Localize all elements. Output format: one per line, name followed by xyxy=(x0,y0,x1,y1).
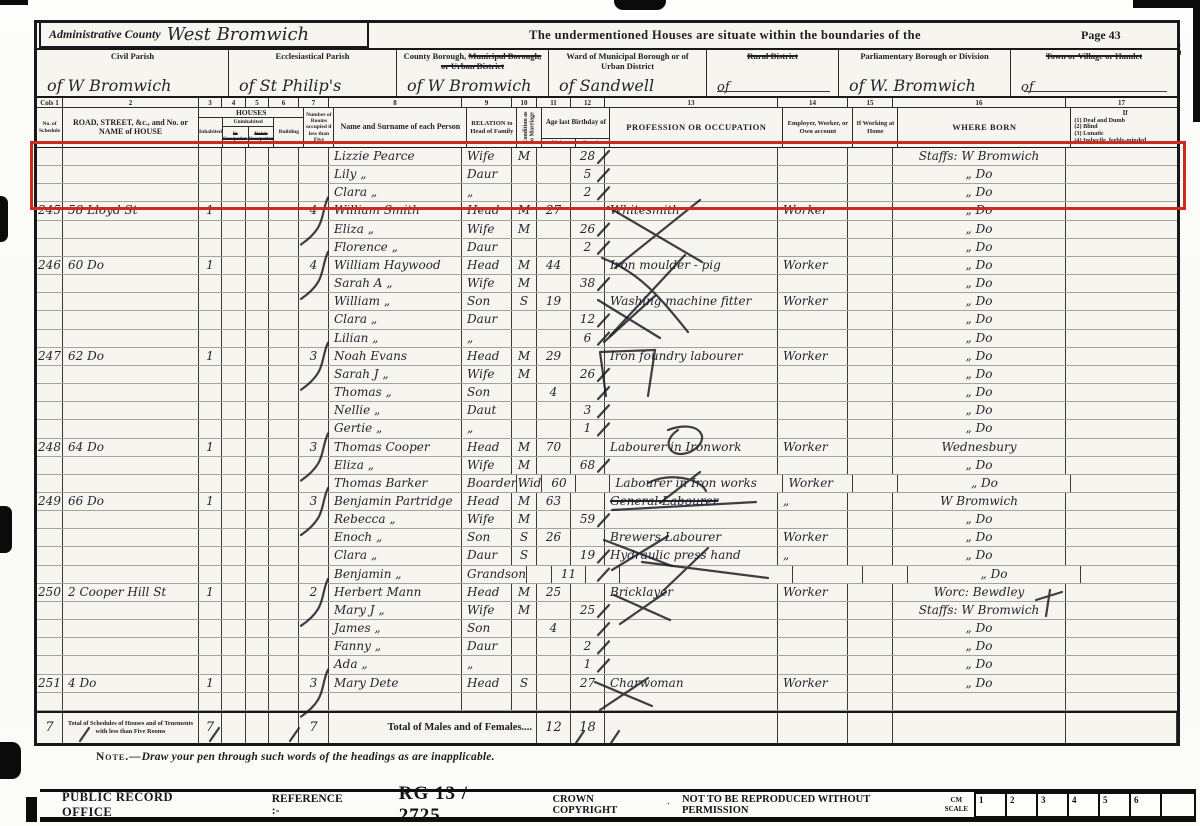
cell-sched xyxy=(37,239,63,256)
table-row: Enoch „SonS26Brewers LabourerWorker„ Do xyxy=(37,529,1177,547)
cell-ageF: 2 xyxy=(571,638,605,655)
cell-cond: M xyxy=(512,493,537,510)
cell-inf xyxy=(1066,384,1177,401)
cell-u2 xyxy=(246,675,269,692)
cell-occ xyxy=(605,638,778,655)
cell-road: 4 Do xyxy=(63,675,199,692)
cell-inh xyxy=(199,402,222,419)
empty-cell xyxy=(1066,713,1177,743)
cell-occ xyxy=(605,656,778,673)
cell-inf xyxy=(1066,457,1177,474)
cell-emp: Worker xyxy=(778,439,848,456)
cell-work xyxy=(848,402,893,419)
cell-inh xyxy=(199,293,222,310)
cell-bld xyxy=(269,566,299,583)
table-row: Gertie „„1„ Do xyxy=(37,420,1177,438)
cell-born: „ Do xyxy=(893,384,1066,401)
cell-cond xyxy=(512,311,537,328)
cell-name: Benjamin „ xyxy=(329,566,462,583)
cell-ageF xyxy=(571,493,605,510)
cell-inf xyxy=(1066,257,1177,274)
cell-emp: Worker xyxy=(778,584,848,601)
cell-sched xyxy=(37,293,63,310)
cell-inf xyxy=(1066,439,1177,456)
cell-occ: Charwoman xyxy=(605,675,778,692)
cell-rooms xyxy=(299,457,329,474)
cell-u1 xyxy=(222,311,246,328)
cell-work xyxy=(848,511,893,528)
cell-rel: Daur xyxy=(462,311,512,328)
cell-inh: 1 xyxy=(199,348,222,365)
cell-emp xyxy=(793,566,863,583)
cell-road xyxy=(63,475,199,492)
cell-inf xyxy=(1066,656,1177,673)
cell-inh xyxy=(199,311,222,328)
cell-occ xyxy=(605,420,778,437)
cell-u1 xyxy=(222,693,246,710)
cell-road: 60 Do xyxy=(63,257,199,274)
total-houses-label: Total of Schedules of Houses and of Tene… xyxy=(63,713,199,743)
table-row: 24762 Do13Noah EvansHeadM29Iron foundry … xyxy=(37,348,1177,366)
cell-u1 xyxy=(222,420,246,437)
cell-bld xyxy=(269,656,299,673)
cell-u2 xyxy=(246,693,269,710)
scale-mark-empty xyxy=(1160,792,1196,818)
empty-cell xyxy=(893,713,1066,743)
cell-rooms xyxy=(299,293,329,310)
cell-u2 xyxy=(246,384,269,401)
cell-rooms xyxy=(299,420,329,437)
table-row: Nellie „Daut3„ Do xyxy=(37,402,1177,420)
cell-road: 64 Do xyxy=(63,439,199,456)
cell-emp xyxy=(778,384,848,401)
cell-bld xyxy=(269,420,299,437)
cell-rel: Daur xyxy=(462,638,512,655)
cell-inh xyxy=(199,620,222,637)
cell-rel: Wife xyxy=(462,366,512,383)
cell-work xyxy=(848,439,893,456)
cell-emp: Worker xyxy=(778,257,848,274)
cell-cond xyxy=(512,620,537,637)
cell-inf xyxy=(1066,602,1177,619)
cell-name: William Haywood xyxy=(329,257,462,274)
cell-ageF xyxy=(586,566,620,583)
cell-name: Herbert Mann xyxy=(329,584,462,601)
cell-emp: Worker xyxy=(783,475,853,492)
cell-u2 xyxy=(246,566,269,583)
cell-cond xyxy=(512,402,537,419)
cell-work xyxy=(848,457,893,474)
cell-sched xyxy=(37,330,63,347)
cell-occ xyxy=(605,602,778,619)
census-form: Administrative County West Bromwich The … xyxy=(34,20,1180,746)
table-row: Sarah A „WifeM38„ Do xyxy=(37,275,1177,293)
cell-u2 xyxy=(246,620,269,637)
cell-born: „ Do xyxy=(893,221,1066,238)
cell-rooms xyxy=(299,366,329,383)
cell-work xyxy=(848,693,893,710)
cell-name: Enoch „ xyxy=(329,529,462,546)
cell-ageM xyxy=(537,330,571,347)
table-row: Mary J „WifeM25Staffs: W Bromwich xyxy=(37,602,1177,620)
cell-sched xyxy=(37,638,63,655)
cell-inf xyxy=(1066,221,1177,238)
cell-sched: 247 xyxy=(37,348,63,365)
cell-u1 xyxy=(222,620,246,637)
cell-work xyxy=(848,493,893,510)
cell-ageF: 2 xyxy=(571,239,605,256)
cell-u1 xyxy=(222,511,246,528)
cell-born xyxy=(893,693,1066,710)
cell-rel: „ xyxy=(462,656,512,673)
cell-name: Benjamin Partridge xyxy=(329,493,462,510)
cell-occ xyxy=(605,693,778,710)
cell-inf xyxy=(1066,330,1177,347)
cell-work xyxy=(848,675,893,692)
parliamentary-borough-label: Parliamentary Borough or Division xyxy=(839,52,1010,62)
cell-bld xyxy=(269,293,299,310)
cell-emp: Worker xyxy=(778,675,848,692)
cell-inh xyxy=(199,511,222,528)
table-row: Thomas „Son4„ Do xyxy=(37,384,1177,402)
cell-work xyxy=(848,257,893,274)
cell-emp xyxy=(778,366,848,383)
cell-cond xyxy=(527,566,552,583)
cell-name: Sarah J „ xyxy=(329,366,462,383)
cell-occ: Labourer in Iron works xyxy=(610,475,783,492)
cell-name: James „ xyxy=(329,620,462,637)
cell-inf xyxy=(1071,475,1177,492)
cell-road: 66 Do xyxy=(63,493,199,510)
cell-rooms xyxy=(299,330,329,347)
cell-sched xyxy=(37,620,63,637)
empty-cell xyxy=(269,713,299,743)
cell-road xyxy=(63,547,199,564)
cell-cond: M xyxy=(512,511,537,528)
cell-rel: Grandson xyxy=(462,566,527,583)
cell-work xyxy=(848,330,893,347)
film-artifact xyxy=(1193,6,1200,122)
cell-ageF xyxy=(576,475,610,492)
cell-sched xyxy=(37,311,63,328)
cell-sched xyxy=(37,457,63,474)
cell-cond: Wid xyxy=(517,475,542,492)
cell-cond xyxy=(512,656,537,673)
cell-work xyxy=(863,566,908,583)
cell-rel: Son xyxy=(462,529,512,546)
cell-rooms xyxy=(299,529,329,546)
administrative-county-label: Administrative County xyxy=(49,27,161,42)
blank-line xyxy=(717,91,830,92)
cell-rooms xyxy=(299,656,329,673)
cell-road xyxy=(63,275,199,292)
blank-line xyxy=(1024,91,1167,92)
totals-row: 7 Total of Schedules of Houses and of Te… xyxy=(37,711,1177,743)
cm-scale-label: CM SCALE xyxy=(945,796,968,813)
scale-mark: 5 xyxy=(1098,792,1129,818)
cell-sched xyxy=(37,475,63,492)
district-header-row: Civil Parish of W Bromwich Ecclesiastica… xyxy=(37,50,1177,98)
table-row: William „SonS19Washing machine fitterWor… xyxy=(37,293,1177,311)
cell-u1 xyxy=(222,566,246,583)
table-row xyxy=(37,693,1177,711)
cell-rel: „ xyxy=(462,330,512,347)
cell-sched: 249 xyxy=(37,493,63,510)
cell-rel: Son xyxy=(462,384,512,401)
ecclesiastical-parish-cell: Ecclesiastical Parish of St Philip's xyxy=(229,50,397,96)
column-numbers-row: Cols 12 34 56 78 910 1112 1314 1516 17 xyxy=(37,98,1177,108)
cell-u2 xyxy=(246,239,269,256)
table-row: Sarah J „WifeM26„ Do xyxy=(37,366,1177,384)
cell-inf xyxy=(1066,693,1177,710)
cell-u1 xyxy=(222,656,246,673)
cell-inf xyxy=(1066,366,1177,383)
cell-emp xyxy=(778,420,848,437)
cell-ageF xyxy=(571,384,605,401)
cell-born: „ Do xyxy=(893,275,1066,292)
cell-born: „ Do xyxy=(893,293,1066,310)
cell-rel: Wife xyxy=(462,602,512,619)
cell-road xyxy=(63,511,199,528)
cell-rooms xyxy=(299,239,329,256)
cell-sched: 246 xyxy=(37,257,63,274)
cell-occ: Iron moulder - pig xyxy=(605,257,778,274)
cell-inh xyxy=(199,366,222,383)
cell-inh: 1 xyxy=(199,584,222,601)
cell-rel: „ xyxy=(462,420,512,437)
cell-inh xyxy=(199,475,222,492)
cell-inf xyxy=(1066,547,1177,564)
cell-name: Mary J „ xyxy=(329,602,462,619)
cell-road xyxy=(63,239,199,256)
cell-rel: Head xyxy=(462,493,512,510)
cell-name: Eliza „ xyxy=(329,221,462,238)
cell-emp xyxy=(778,602,848,619)
table-row: Clara „DaurS19Hydraulic press hand„„ Do xyxy=(37,547,1177,565)
cell-u1 xyxy=(222,457,246,474)
cell-inh xyxy=(199,656,222,673)
total-males: 12 xyxy=(537,713,571,743)
scale-mark: 1 xyxy=(974,792,1005,818)
cell-rel: Son xyxy=(462,293,512,310)
town-village-value: of xyxy=(1021,80,1034,95)
cell-road xyxy=(63,384,199,401)
cell-born: Worc: Bewdley xyxy=(893,584,1066,601)
cell-inh xyxy=(199,529,222,546)
cell-ageF xyxy=(571,348,605,365)
cell-cond: M xyxy=(512,257,537,274)
cell-u1 xyxy=(222,475,246,492)
form-note: Note.—Draw your pen through such words o… xyxy=(96,751,495,763)
cell-inh xyxy=(199,330,222,347)
empty-cell xyxy=(778,713,848,743)
cell-emp xyxy=(778,511,848,528)
table-row: Eliza „WifeM26„ Do xyxy=(37,221,1177,239)
cell-road: 62 Do xyxy=(63,348,199,365)
cell-name: William „ xyxy=(329,293,462,310)
cell-name: Thomas Barker xyxy=(329,475,462,492)
cell-cond: M xyxy=(512,348,537,365)
cell-sched xyxy=(37,402,63,419)
cell-inh xyxy=(199,638,222,655)
cell-sched xyxy=(37,275,63,292)
cell-u2 xyxy=(246,275,269,292)
cell-born: „ Do xyxy=(893,457,1066,474)
cell-name: Mary Dete xyxy=(329,675,462,692)
cell-ageF: 25 xyxy=(571,602,605,619)
cell-ageM xyxy=(537,221,571,238)
cell-occ xyxy=(605,511,778,528)
cell-rooms: 2 xyxy=(299,584,329,601)
cell-ageM: 26 xyxy=(537,529,571,546)
cell-sched xyxy=(37,566,63,583)
cell-work xyxy=(848,620,893,637)
cell-emp xyxy=(778,239,848,256)
page-number: Page 43 xyxy=(1081,28,1177,43)
cell-work xyxy=(848,602,893,619)
cell-bld xyxy=(269,275,299,292)
cell-work xyxy=(848,584,893,601)
cell-rel: Wife xyxy=(462,221,512,238)
cell-inh xyxy=(199,221,222,238)
cell-rel: Daur xyxy=(462,547,512,564)
cell-ageM: 4 xyxy=(537,620,571,637)
county-borough-label: County Borough, Municipal Borough, or Ur… xyxy=(397,52,548,72)
cell-u2 xyxy=(246,366,269,383)
cell-name xyxy=(329,693,462,710)
cell-road xyxy=(63,293,199,310)
table-rows: Lizzie PearceWifeM28Staffs: W BromwichLi… xyxy=(37,148,1177,711)
cell-occ: Iron foundry labourer xyxy=(605,348,778,365)
cell-road xyxy=(63,693,199,710)
cell-road xyxy=(63,529,199,546)
census-scan-page: 26 Administrative County West Bromwich T… xyxy=(0,0,1200,826)
scale-mark: 4 xyxy=(1067,792,1098,818)
cell-rooms xyxy=(299,311,329,328)
cell-cond: M xyxy=(512,366,537,383)
cell-born: „ Do xyxy=(893,239,1066,256)
cell-emp xyxy=(778,311,848,328)
cell-name: Noah Evans xyxy=(329,348,462,365)
ward-value: of Sandwell xyxy=(559,76,654,95)
cell-rel: Daur xyxy=(462,239,512,256)
cell-cond xyxy=(512,420,537,437)
cell-born: „ Do xyxy=(898,475,1071,492)
cell-born: „ Do xyxy=(893,675,1066,692)
cell-name: Clara „ xyxy=(329,547,462,564)
cell-rooms xyxy=(299,620,329,637)
cell-cond xyxy=(512,693,537,710)
cell-road xyxy=(63,638,199,655)
cell-rooms: 3 xyxy=(299,439,329,456)
scale-mark: 2 xyxy=(1005,792,1036,818)
cell-ageF xyxy=(571,529,605,546)
cell-ageF xyxy=(571,584,605,601)
cell-ageM: 11 xyxy=(552,566,586,583)
cell-bld xyxy=(269,638,299,655)
cell-rooms: 3 xyxy=(299,493,329,510)
cell-u2 xyxy=(246,257,269,274)
rural-district-value: of xyxy=(717,80,730,95)
film-artifact xyxy=(0,742,21,779)
cell-ageM: 63 xyxy=(537,493,571,510)
cell-u2 xyxy=(246,420,269,437)
cell-cond: S xyxy=(512,547,537,564)
cell-ageF: 19 xyxy=(571,547,605,564)
cell-emp xyxy=(778,275,848,292)
cell-inf xyxy=(1066,239,1177,256)
cell-u2 xyxy=(246,602,269,619)
cell-inf xyxy=(1066,402,1177,419)
cell-inf xyxy=(1066,420,1177,437)
ward-label: Ward of Municipal Borough or of Urban Di… xyxy=(549,52,706,72)
table-row: 24864 Do13Thomas CooperHeadM70Labourer i… xyxy=(37,439,1177,457)
cell-occ xyxy=(605,221,778,238)
cell-name: Florence „ xyxy=(329,239,462,256)
cell-cond: S xyxy=(512,293,537,310)
cell-ageM: 25 xyxy=(537,584,571,601)
film-artifact xyxy=(1133,0,1200,8)
cell-inh: 1 xyxy=(199,493,222,510)
cell-u1 xyxy=(222,584,246,601)
ward-cell: Ward of Municipal Borough or of Urban Di… xyxy=(549,50,707,96)
cell-inh: 1 xyxy=(199,257,222,274)
cell-work xyxy=(848,366,893,383)
cell-ageM xyxy=(537,693,571,710)
town-village-cell: Town or Village or Hamlet of xyxy=(1011,50,1177,96)
cell-u1 xyxy=(222,602,246,619)
cell-bld xyxy=(269,493,299,510)
cell-occ xyxy=(605,275,778,292)
rural-district-label: Rural District xyxy=(707,52,838,62)
cell-u2 xyxy=(246,493,269,510)
separator-dot: · xyxy=(667,799,670,810)
cell-name: Clara „ xyxy=(329,311,462,328)
cell-ageM xyxy=(537,638,571,655)
cell-rel xyxy=(462,693,512,710)
cell-ageF: 26 xyxy=(571,221,605,238)
civil-parish-cell: Civil Parish of W Bromwich xyxy=(37,50,229,96)
permission-label: NOT TO BE REPRODUCED WITHOUT PERMISSION xyxy=(682,794,919,816)
cell-cond: M xyxy=(512,439,537,456)
cell-cond: M xyxy=(512,584,537,601)
cell-born: „ Do xyxy=(893,366,1066,383)
film-artifact xyxy=(26,797,37,822)
administrative-county-value: West Bromwich xyxy=(167,24,309,45)
cell-ageM: 4 xyxy=(537,384,571,401)
cell-u2 xyxy=(246,547,269,564)
cm-scale-ruler: 1 2 3 4 5 6 xyxy=(974,792,1196,818)
ecclesiastical-parish-value: of St Philip's xyxy=(239,76,341,95)
cell-emp: „ xyxy=(778,493,848,510)
civil-parish-label: Civil Parish xyxy=(37,52,228,62)
cell-ageM: 70 xyxy=(537,439,571,456)
cell-ageF: 59 xyxy=(571,511,605,528)
cell-emp xyxy=(778,693,848,710)
cell-emp xyxy=(778,620,848,637)
cell-born: „ Do xyxy=(893,420,1066,437)
cell-bld xyxy=(269,511,299,528)
cell-u1 xyxy=(222,257,246,274)
cell-emp xyxy=(778,457,848,474)
cell-name: Fanny „ xyxy=(329,638,462,655)
table-row: 2502 Cooper Hill St12Herbert MannHeadM25… xyxy=(37,584,1177,602)
cell-u2 xyxy=(246,293,269,310)
cell-born: „ Do xyxy=(893,257,1066,274)
cell-bld xyxy=(269,620,299,637)
cell-ageF: 1 xyxy=(571,420,605,437)
cell-bld xyxy=(269,384,299,401)
